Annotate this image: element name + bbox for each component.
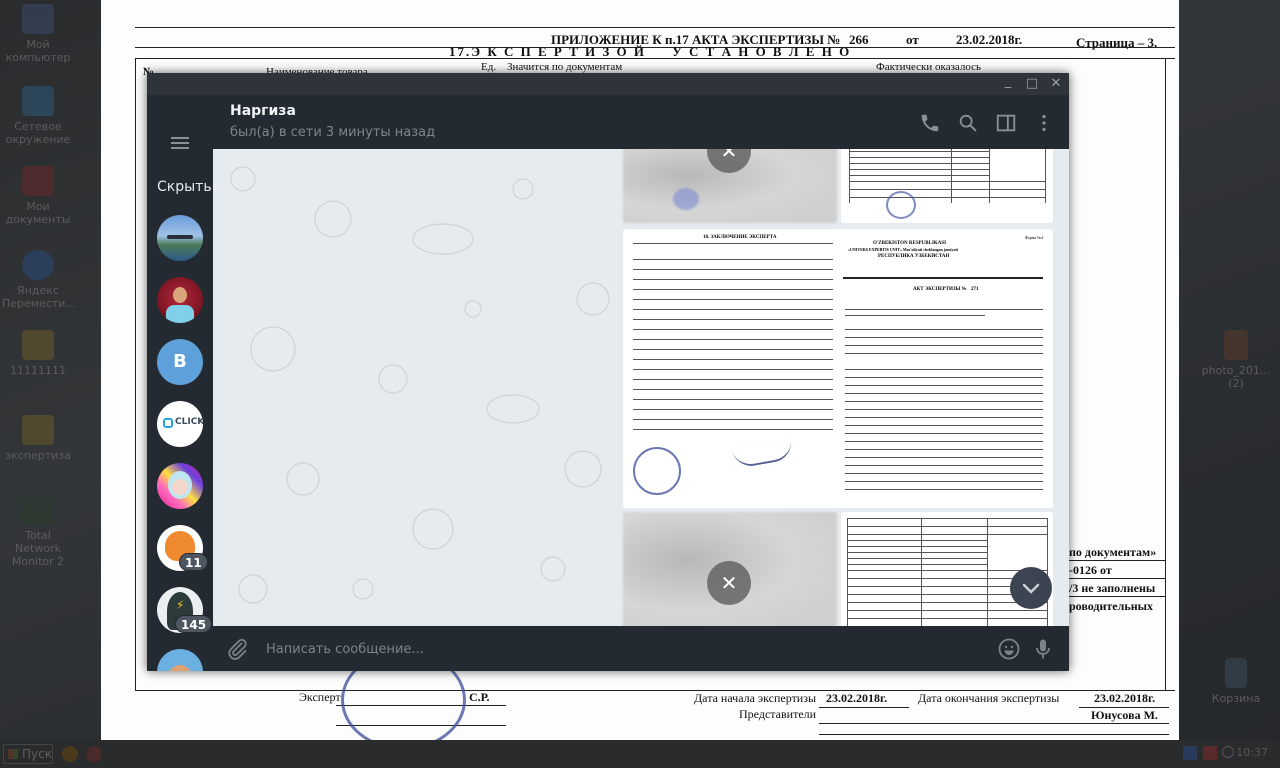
doc-page: Страница – 3. xyxy=(1076,35,1157,51)
peer-name[interactable]: Наргиза xyxy=(230,103,296,119)
hamburger-icon[interactable] xyxy=(171,137,189,150)
message-input[interactable] xyxy=(266,639,966,659)
chat-avatar-b[interactable]: B xyxy=(157,339,203,385)
doc-rep-name: Юнусова М. xyxy=(1091,708,1158,723)
doc-expert-name: С.Р. xyxy=(469,690,490,705)
desktop-icon-folder-1[interactable]: 11111111 xyxy=(2,330,74,377)
desktop-icon-yandex[interactable]: Яндекс Перемести... xyxy=(2,250,74,310)
close-icon: ✕ xyxy=(707,149,751,173)
desktop-icon-my-computer[interactable]: Мой компьютер xyxy=(2,4,74,64)
quicklaunch-icon[interactable] xyxy=(86,746,102,762)
desktop-icon-recycle-bin[interactable]: Корзина xyxy=(1200,658,1272,705)
close-icon: ✕ xyxy=(707,561,751,605)
chat-header: Наргиза был(а) в сети 3 минуты назад xyxy=(213,95,1069,149)
tray-icon[interactable] xyxy=(1222,746,1234,758)
emoji-icon[interactable] xyxy=(997,637,1021,661)
doc-end-label: Дата окончания экспертизы xyxy=(918,691,1059,706)
scroll-to-bottom-button[interactable] xyxy=(1010,567,1052,609)
quicklaunch-icon[interactable] xyxy=(62,746,78,762)
doc-right-text-1: по документам» xyxy=(1069,545,1156,560)
maximize-button[interactable]: □ xyxy=(1023,75,1041,93)
hide-sidebar-button[interactable]: Скрыть xyxy=(147,179,213,195)
unread-badge: 11 xyxy=(179,553,208,571)
desktop-icon-photo-file[interactable]: photo_201... (2) xyxy=(1200,330,1272,390)
taskbar: Пуск 10:37 xyxy=(0,740,1280,768)
photo-expert-act[interactable]: 18. ЗАКЛЮЧЕНИЕ ЭКСПЕРТА Форма №4 O'ZBEKI… xyxy=(623,229,1053,508)
phone-icon[interactable] xyxy=(919,112,941,134)
sidebar-toggle-icon[interactable] xyxy=(995,112,1017,134)
peer-status: был(а) в сети 3 минуты назад xyxy=(230,125,435,140)
unread-badge: 145 xyxy=(175,615,212,633)
tray-icon[interactable] xyxy=(1183,746,1197,760)
window-titlebar[interactable]: _ □ ✕ xyxy=(147,73,1069,95)
doc-end-date: 23.02.2018г. xyxy=(1094,691,1155,706)
doc-start-label: Дата начала экспертизы xyxy=(694,691,816,706)
doc-col-unit: Ед. xyxy=(481,61,496,73)
cancel-download-button[interactable]: ✕ xyxy=(707,561,751,605)
chat-folders-sidebar: Скрыть B CLICK 11 ⚡ 145 xyxy=(147,95,213,671)
microphone-icon[interactable] xyxy=(1031,637,1055,661)
chat-history[interactable]: ✕ 18. ЗАКЛЮЧЕНИЕ ЭКСПЕРТА Фо xyxy=(213,149,1069,626)
minimize-button[interactable]: _ xyxy=(999,73,1017,91)
tray-icon[interactable] xyxy=(1203,746,1217,760)
chat-avatar-glasses[interactable] xyxy=(157,649,203,671)
doc-right-text-2: -0126 от xyxy=(1069,563,1112,578)
doc-right-text-4: роводительных xyxy=(1069,599,1153,614)
chat-avatar-anime[interactable] xyxy=(157,463,203,509)
doc-col-actual: Фактически оказалось xyxy=(876,61,981,73)
desktop-icon-network-monitor[interactable]: Total Network Monitor 2 xyxy=(2,495,74,568)
doc-date: 23.02.2018г. xyxy=(956,32,1022,48)
chat-avatar-click[interactable]: CLICK xyxy=(157,401,203,447)
doc-expert-label: Эксперт xyxy=(299,690,341,705)
desktop-icon-network[interactable]: Сетевое окружение xyxy=(2,86,74,146)
search-icon[interactable] xyxy=(957,112,979,134)
desktop-icon-my-documents[interactable]: Мои документы xyxy=(2,166,74,226)
chat-avatar-man[interactable] xyxy=(157,277,203,323)
more-vertical-icon[interactable] xyxy=(1033,112,1055,134)
doc-start-date: 23.02.2018г. xyxy=(826,691,887,706)
chat-avatar-airplane[interactable] xyxy=(157,215,203,261)
doc-col-docs: Значится по документам xyxy=(507,61,622,73)
photo-table-top[interactable] xyxy=(841,149,1053,223)
tray-clock: 10:37 xyxy=(1236,746,1268,759)
attach-icon[interactable] xyxy=(225,637,249,661)
telegram-window: _ □ ✕ Скрыть B CLICK 11 xyxy=(147,73,1069,671)
close-button[interactable]: ✕ xyxy=(1047,75,1065,93)
desktop-icon-folder-2[interactable]: экспертиза xyxy=(2,415,74,462)
doc-from: от xyxy=(906,32,919,48)
start-button[interactable]: Пуск xyxy=(3,744,53,764)
message-composer xyxy=(213,626,1069,671)
chevron-down-icon xyxy=(1010,567,1052,609)
doc-right-text-3: /3 не заполнены xyxy=(1069,581,1155,596)
cancel-download-button[interactable]: ✕ xyxy=(707,149,751,173)
doc-reps-label: Представители xyxy=(739,707,816,722)
doc-act-number: 266 xyxy=(849,32,869,48)
